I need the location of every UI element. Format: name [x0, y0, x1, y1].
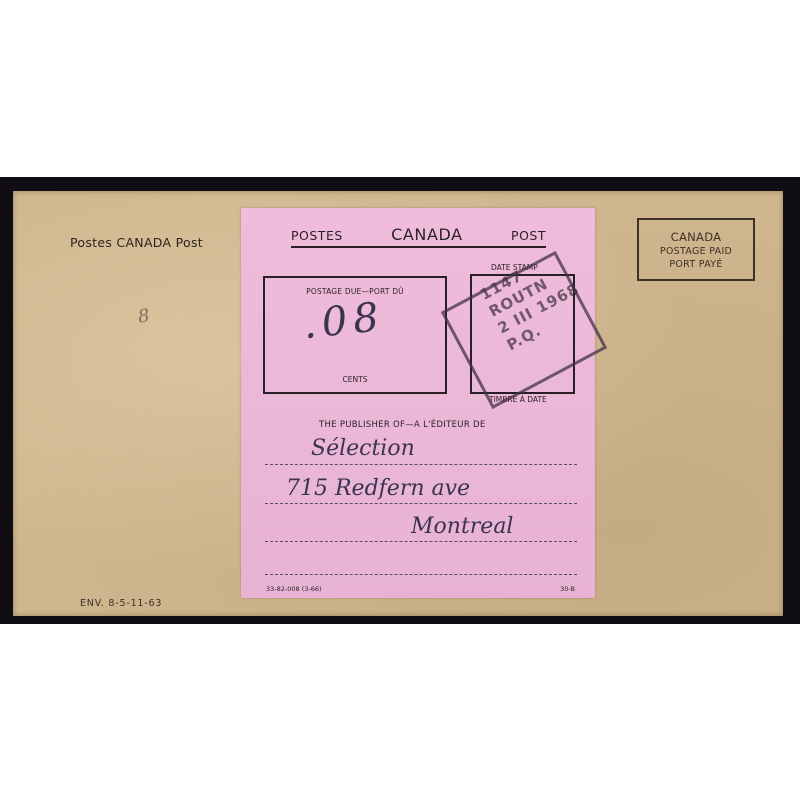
postage-due-label-text: POSTAGE DUE—PORT DÛ [265, 287, 445, 296]
postage-paid-indicia: CANADA POSTAGE PAID PORT PAYÉ [637, 218, 755, 281]
address-line-1: Sélection [311, 436, 415, 461]
address-rule-1 [265, 464, 577, 465]
label-form-number: 33-82-008 (3-66) [266, 585, 322, 593]
address-rule-2 [265, 503, 577, 504]
indicia-country: CANADA [671, 230, 722, 244]
title-canada: CANADA [391, 225, 463, 244]
postage-due-unit: CENTS [265, 375, 445, 384]
title-postes: POSTES [291, 228, 343, 243]
address-line-3: Montreal [411, 514, 513, 539]
postage-due-box: POSTAGE DUE—PORT DÛ .08 CENTS [263, 276, 447, 394]
title-post: POST [511, 228, 546, 243]
address-rule-4 [265, 574, 577, 575]
postage-due-amount: .08 [301, 294, 387, 348]
envelope-form-code: ENV. 8-5-11-63 [80, 598, 162, 609]
label-title: POSTES CANADA POST [291, 225, 546, 248]
postage-due-label: POSTES CANADA POST POSTAGE DUE—PORT DÛ .… [241, 208, 595, 598]
publisher-label: THE PUBLISHER OF—A L'ÉDITEUR DE [319, 420, 486, 430]
indicia-port-paye: PORT PAYÉ [669, 259, 722, 270]
address-line-2: 715 Redfern ave [286, 476, 470, 501]
label-form-code: 30-B [560, 585, 575, 593]
envelope-brand-text: Postes CANADA Post [70, 235, 203, 250]
address-rule-3 [265, 541, 577, 542]
indicia-postage-paid: POSTAGE PAID [660, 246, 732, 257]
